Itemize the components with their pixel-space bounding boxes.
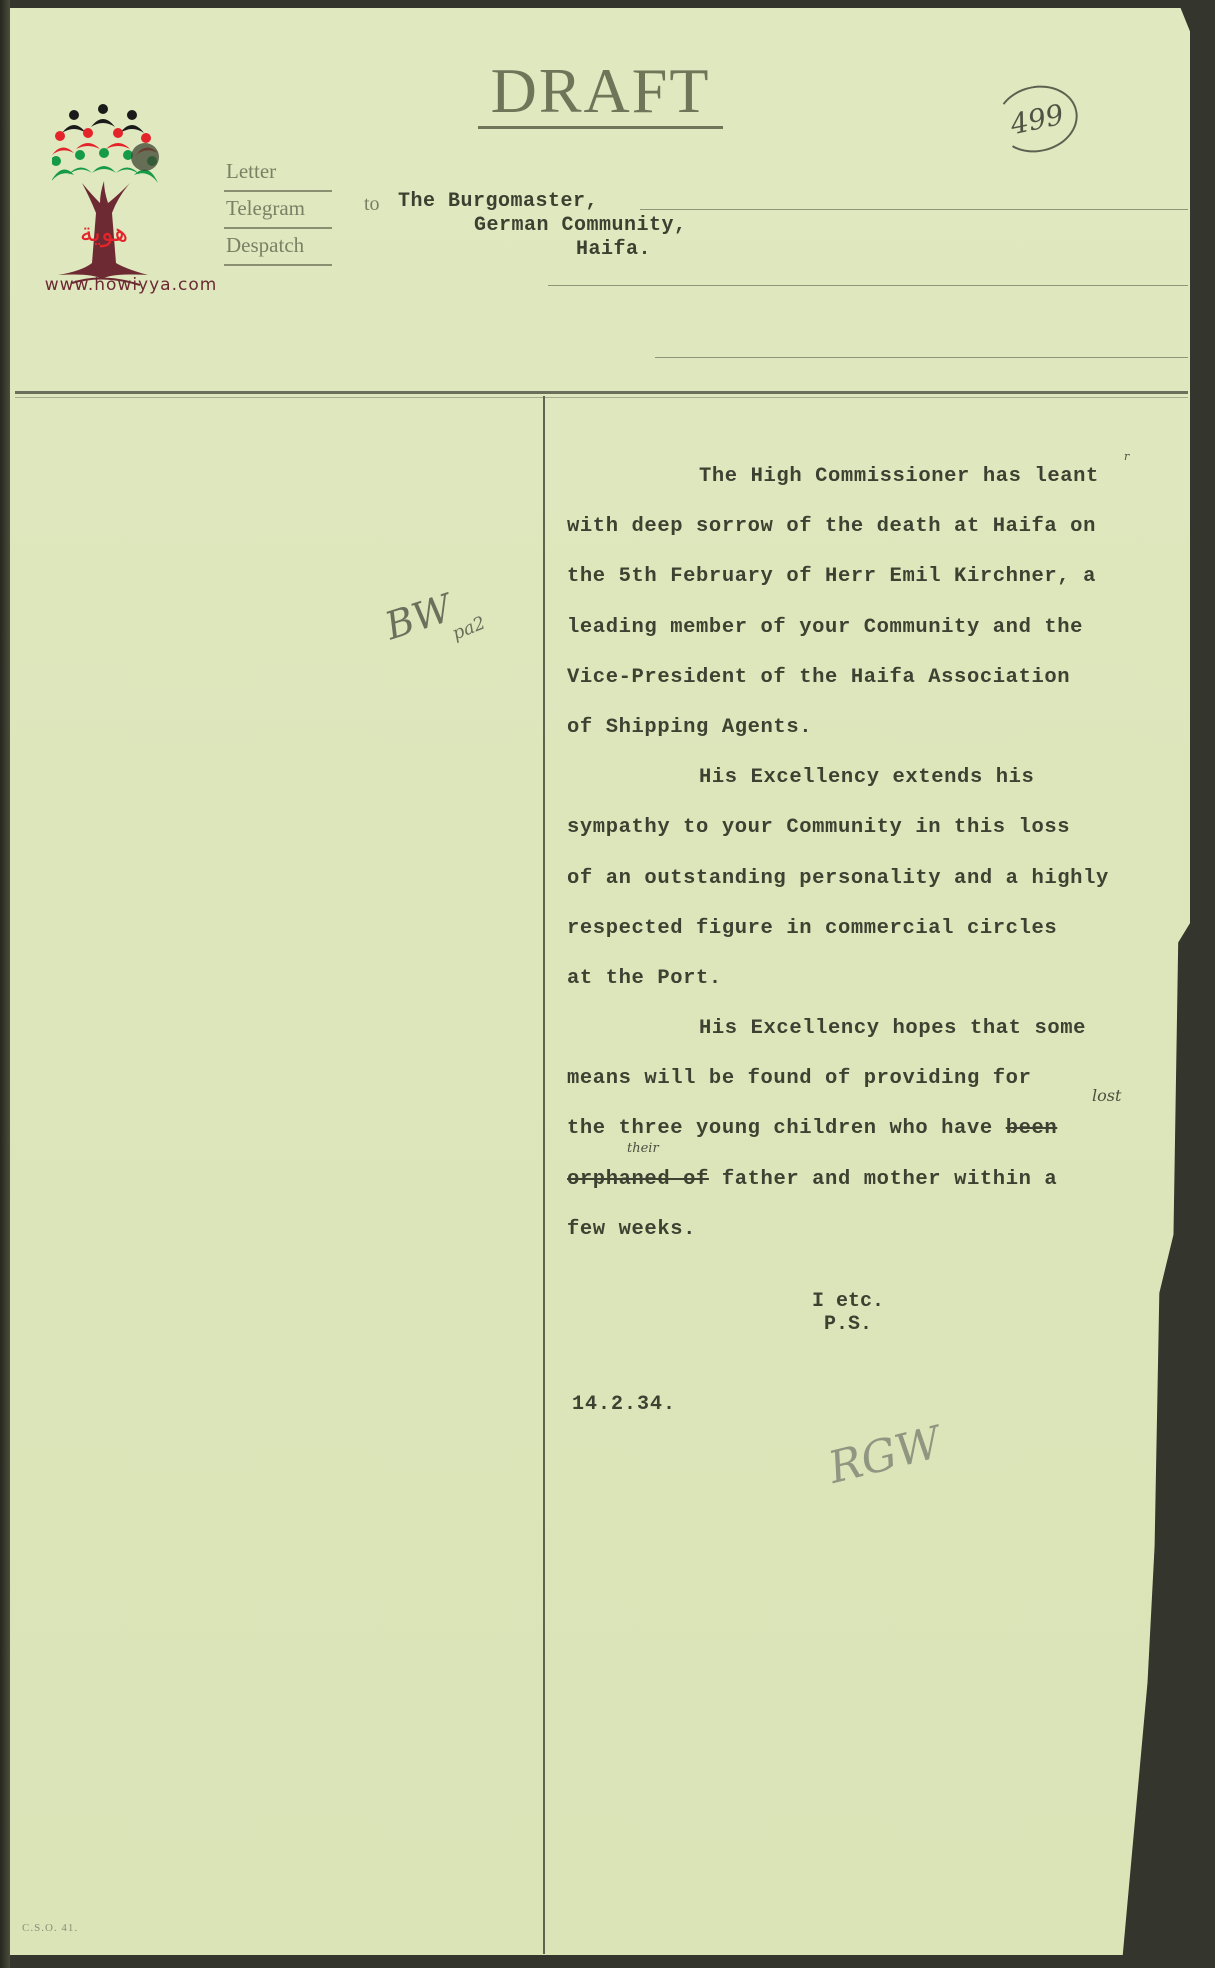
- body-line: with deep sorrow of the death at Haifa o…: [567, 502, 1207, 552]
- body-line: of an outstanding personality and a high…: [567, 854, 1207, 904]
- communication-type-list: Letter Telegram Despatch: [224, 155, 332, 266]
- body-line-with-strike: orphaned of father and mother within a: [567, 1155, 1207, 1205]
- insertion-mark: r: [1124, 450, 1129, 463]
- svg-text:هوية: هوية: [80, 218, 128, 248]
- body-line: the 5th February of Herr Emil Kirchner, …: [567, 552, 1207, 602]
- form-code: C.S.O. 41.: [22, 1922, 78, 1934]
- type-despatch: Despatch: [224, 229, 332, 266]
- body-line: His Excellency hopes that some: [567, 1004, 1207, 1054]
- closing-line: P.S.: [812, 1313, 884, 1336]
- body-line: sympathy to your Community in this loss: [567, 803, 1207, 853]
- letter-date: 14.2.34.: [572, 1393, 676, 1416]
- handwritten-insertion-lost: lost: [1092, 1086, 1121, 1105]
- body-line-text: father and mother within a: [722, 1168, 1057, 1191]
- margin-rule: [543, 396, 545, 1954]
- type-letter: Letter: [224, 155, 332, 192]
- body-line: at the Port.: [567, 954, 1207, 1004]
- body-line: leading member of your Community and the: [567, 603, 1207, 653]
- body-line-text: the three young children who have: [567, 1117, 993, 1140]
- address-rule-3: [655, 357, 1188, 358]
- letter-body: The High Commissioner has leant with dee…: [567, 452, 1207, 1255]
- body-line-with-strike: the three young children who have been: [567, 1104, 1207, 1154]
- scan-edge-left: [0, 0, 10, 1968]
- body-line: respected figure in commercial circles: [567, 904, 1207, 954]
- body-line: The High Commissioner has leant: [567, 452, 1207, 502]
- addressee-line-1: The Burgomaster,: [398, 190, 598, 213]
- folio-number: 499: [1007, 97, 1066, 140]
- body-line: of Shipping Agents.: [567, 703, 1207, 753]
- body-line: few weeks.: [567, 1205, 1207, 1255]
- draft-heading: DRAFT: [478, 56, 723, 129]
- howiyya-tree-logo-icon: هوية: [52, 103, 202, 298]
- struck-word: been: [1006, 1117, 1058, 1140]
- watermark-url: www.howiyya.com: [36, 275, 226, 295]
- header-divider: [15, 391, 1188, 394]
- closing-line: I etc.: [812, 1290, 884, 1313]
- header-divider-thin: [15, 397, 1188, 398]
- addressee-line-3: Haifa.: [576, 238, 651, 261]
- handwritten-insertion-their: their: [627, 1141, 659, 1156]
- addressee-line-2: German Community,: [474, 214, 687, 237]
- body-line: Vice-President of the Haifa Association: [567, 653, 1207, 703]
- struck-word: orphaned of: [567, 1168, 709, 1191]
- to-label: to: [364, 193, 380, 216]
- body-line: His Excellency extends his: [567, 753, 1207, 803]
- address-rule-2: [548, 285, 1188, 286]
- address-rule-1: [640, 209, 1188, 210]
- type-telegram: Telegram: [224, 192, 332, 229]
- closing-block: I etc. P.S.: [812, 1290, 884, 1336]
